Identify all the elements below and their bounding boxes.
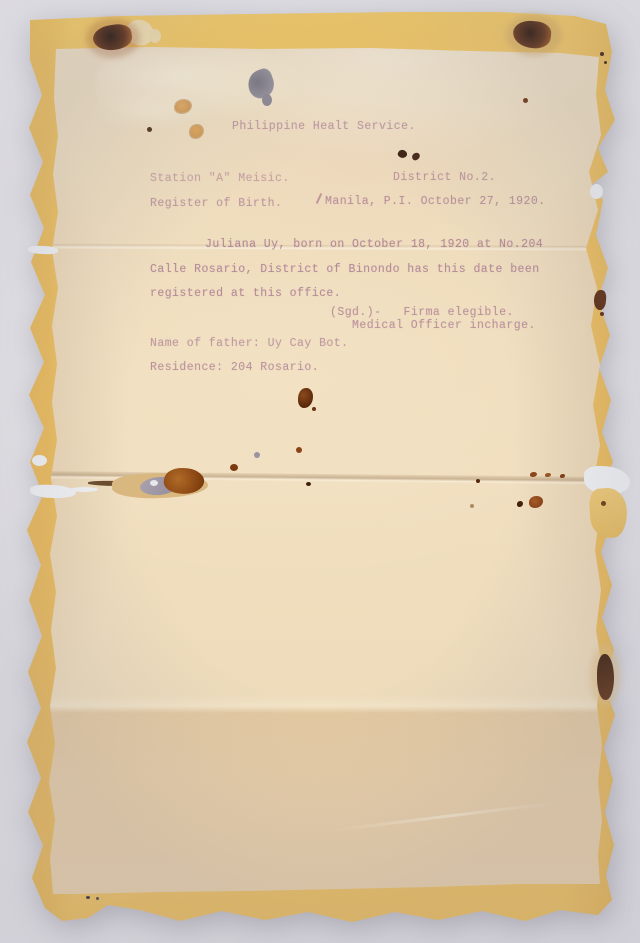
ink-blot [397,148,409,159]
diagonal-crease [331,801,560,832]
body-line-3: registered at this office. [150,287,341,300]
speck [147,127,152,132]
document-title: Philippine Healt Service. [232,120,416,133]
document-page: Philippine Healt Service. Station "A" Me… [0,0,640,943]
photo-of-document: Philippine Healt Service. Station "A" Me… [0,0,640,943]
speck [254,452,260,458]
signature-line: (Sgd.)- Firma elegible. [330,306,514,319]
stray-slash-mark [316,193,322,204]
body-line-2: Calle Rosario, District of Binondo has t… [150,263,540,276]
father-line: Name of father: Uy Cay Bot. [150,337,348,350]
stain [529,496,543,508]
stain [190,125,203,138]
ink-blot [411,152,421,161]
speck [312,407,316,411]
dateline: Manila, P.I. October 27, 1920. [325,195,546,208]
district-line: District No.2. [393,171,496,184]
speck [523,98,528,103]
speck [517,501,523,507]
speck [470,504,474,508]
speck [296,447,302,453]
torn-surface-patch [90,88,210,130]
officer-line: Medical Officer incharge. [352,319,536,332]
body-line-1: Juliana Uy, born on October 18, 1920 at … [205,238,543,251]
stain [298,388,313,408]
torn-notch [149,29,161,43]
speck [476,479,480,483]
speck [306,482,311,486]
paper-hole [262,94,272,106]
residence-line: Residence: 204 Rosario. [150,361,319,374]
register-line: Register of Birth. [150,197,282,210]
speck [230,464,238,471]
station-line: Station "A" Meisic. [150,172,290,185]
tear-highlight [150,480,158,486]
